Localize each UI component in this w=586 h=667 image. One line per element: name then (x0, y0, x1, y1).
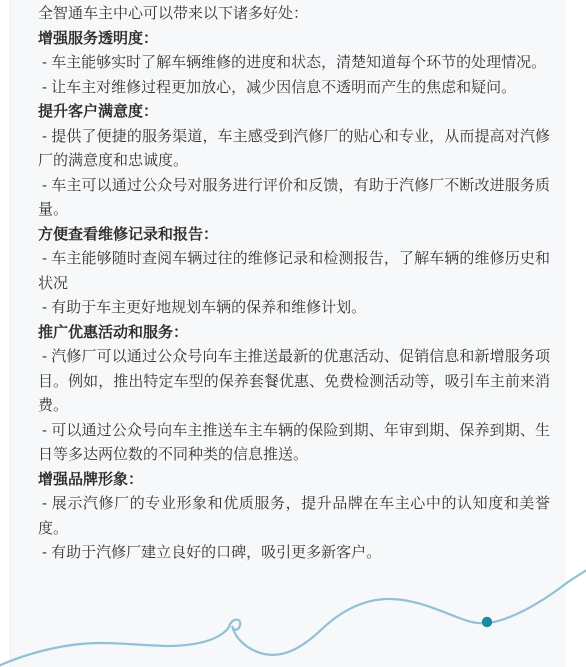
content-card: 全智通车主中心可以带来以下诸多好处：增强服务透明度：- 车主能够实时了解车辆维修… (10, 0, 566, 667)
paragraph-heading: 增强品牌形象： (38, 468, 550, 493)
paragraph-bullet: - 车主能够随时查阅车辆过往的维修记录和检测报告，了解车辆的维修历史和状况 (38, 247, 550, 296)
paragraph-bullet: - 让车主对维修过程更加放心，减少因信息不透明而产生的焦虑和疑问。 (38, 76, 550, 101)
paragraph-heading: 增强服务透明度： (38, 27, 550, 52)
paragraph-intro: 全智通车主中心可以带来以下诸多好处： (38, 2, 550, 27)
paragraph-bullet: - 汽修厂可以通过公众号向车主推送最新的优惠活动、促销信息和新增服务项目。例如，… (38, 345, 550, 419)
paragraph-bullet: - 可以通过公众号向车主推送车主车辆的保险到期、年审到期、保养到期、生日等多达两… (38, 419, 550, 468)
paragraph-heading: 推广优惠活动和服务： (38, 321, 550, 346)
paragraph-bullet: - 车主能够实时了解车辆维修的进度和状态，清楚知道每个环节的处理情况。 (38, 51, 550, 76)
paragraph-heading: 方便查看维修记录和报告： (38, 223, 550, 248)
paragraph-bullet: - 展示汽修厂的专业形象和优质服务，提升品牌在车主心中的认知度和美誉度。 (38, 492, 550, 541)
paragraph-heading: 提升客户满意度： (38, 100, 550, 125)
paragraph-bullet: - 车主可以通过公众号对服务进行评价和反馈，有助于汽修厂不断改进服务质量。 (38, 174, 550, 223)
article-body: 全智通车主中心可以带来以下诸多好处：增强服务透明度：- 车主能够实时了解车辆维修… (11, 0, 566, 566)
paragraph-bullet: - 有助于汽修厂建立良好的口碑，吸引更多新客户。 (38, 541, 550, 566)
paragraph-bullet: - 提供了便捷的服务渠道，车主感受到汽修厂的贴心和专业，从而提高对汽修厂的满意度… (38, 125, 550, 174)
paragraph-bullet: - 有助于车主更好地规划车辆的保养和维修计划。 (38, 296, 550, 321)
